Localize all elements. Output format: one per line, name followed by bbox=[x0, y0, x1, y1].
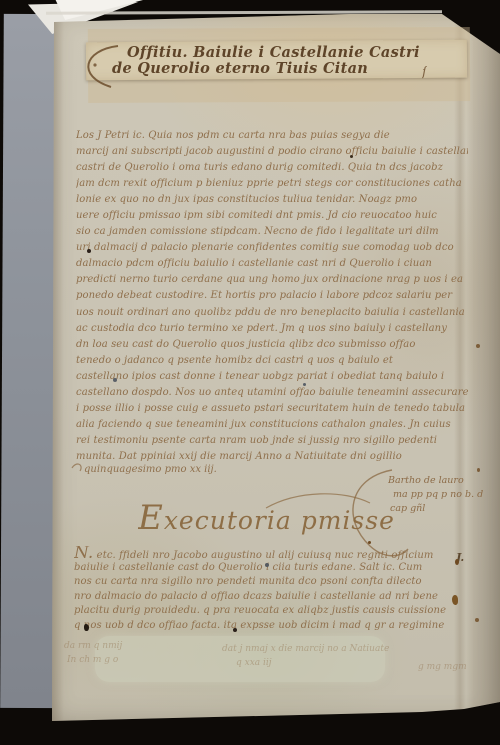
faded-marginal-note: da rm q nmij bbox=[64, 641, 184, 651]
manuscript-line: uere officiu pmissao ipm sibi comitedi d… bbox=[76, 208, 468, 224]
label-title-line-2: de Querolio eterno Tiuis Citan bbox=[112, 60, 432, 77]
manuscript-line: dalmacio pdcm officiu baiulio i castella… bbox=[76, 256, 468, 272]
manuscript-line: ac custodia dco turio termino xe pdert. … bbox=[76, 321, 468, 337]
ink-blot bbox=[84, 624, 89, 631]
manuscript-line: i posse illio i posse cuig e assueto pst… bbox=[76, 401, 468, 417]
manuscript-line: marcij ani subscripti jacob augustini d … bbox=[76, 144, 468, 160]
manuscript-line: q nos uob d dco offiao facta. ita expsse… bbox=[74, 619, 468, 634]
stain-spot bbox=[455, 559, 459, 565]
manuscript-line: baiulie i castellanie cast do Querolio i… bbox=[74, 561, 468, 576]
stain-spot bbox=[477, 468, 480, 472]
ink-stain bbox=[350, 155, 353, 158]
manuscript-line: nos cu carta nra sigillo nro pendeti mun… bbox=[74, 575, 468, 590]
manuscript-line: ponedo debeat custodire. Et hortis pro p… bbox=[76, 288, 468, 304]
manuscript-line: castellano ipios cast donne i tenear uob… bbox=[76, 369, 468, 385]
main-text-block: Los J Petri ic. Quia nos pdm cu carta nr… bbox=[76, 128, 468, 465]
ink-stain bbox=[303, 383, 306, 386]
manuscript-line: N. etc. ffideli nro Jacobo augustino ul … bbox=[74, 546, 468, 561]
manuscript-line: castri de Querolio i oma turis edano dur… bbox=[76, 160, 468, 176]
manuscript-line: castellano dospdo. Nos uo anteq utamini … bbox=[76, 385, 468, 401]
faded-dating-note: q xxa iij bbox=[236, 658, 336, 668]
manuscript-line: tenedo o jadanco q psente homibz dci cas… bbox=[76, 353, 468, 369]
ink-stain bbox=[87, 249, 91, 253]
stain-spot bbox=[368, 541, 371, 544]
faded-signature-note: g mg mgm bbox=[418, 662, 488, 672]
signature-line: cap gñl bbox=[390, 502, 488, 516]
ink-stain bbox=[113, 378, 117, 382]
manuscript-line: uos nouit ordinari ano quolibz pddu de n… bbox=[76, 305, 468, 321]
manuscript-line: jam dcm rexit officium p bieniuz pprie p… bbox=[76, 176, 468, 192]
stain-spot bbox=[476, 344, 480, 348]
faded-dating-note: dat j nmaj x die marcij no a Natiuate bbox=[222, 644, 432, 654]
manuscript-line: uri dalmacij d palacio plenarie confiden… bbox=[76, 240, 468, 256]
dating-clause-line: quinquagesimo pmo xx iij. bbox=[84, 464, 304, 475]
manuscript-line: dn loa seu cast do Querolio quos justici… bbox=[76, 337, 468, 353]
stain-spot bbox=[452, 595, 458, 605]
executoria-text-block: N. etc. ffideli nro Jacobo augustino ul … bbox=[74, 546, 468, 634]
manuscript-line: lonie ex quo no dn jux ipas constitucios… bbox=[76, 192, 468, 208]
manuscript-line: Los J Petri ic. Quia nos pdm cu carta nr… bbox=[76, 128, 468, 144]
manuscript-line: placitu durig prouidedu. q pra reuocata … bbox=[74, 604, 468, 619]
manuscript-line: sio ca jamden comissione stipdcam. Necno… bbox=[76, 224, 468, 240]
manuscript-line: rei testimoniu psente carta nram uob jnd… bbox=[76, 433, 468, 449]
faded-marginal-note: In ch m g o bbox=[67, 655, 187, 665]
manuscript-line: munita. Dat ppiniai xxij die marcij Anno… bbox=[76, 449, 468, 465]
stain-spot bbox=[475, 618, 479, 622]
manuscript-line: alia faciendo q sue teneamini jux consti… bbox=[76, 417, 468, 433]
signature-line: Bartho de lauro bbox=[388, 474, 488, 488]
folio-mark: ſ bbox=[422, 65, 427, 80]
manuscript-line: nro dalmacio do palacio d offiao dcazs b… bbox=[74, 590, 468, 605]
notary-signature: Bartho de lauro ma pp pq p no b. d cap g… bbox=[388, 474, 488, 516]
ink-stain bbox=[265, 563, 269, 567]
ink-stain bbox=[233, 628, 237, 632]
section-heading: Executoria pmisse bbox=[138, 498, 398, 538]
manuscript-photo: Offitiu. Baiulie i Castellanie Castri de… bbox=[0, 0, 500, 745]
label-title-line-1: Offitiu. Baiulie i Castellanie Castri bbox=[127, 44, 457, 61]
signature-line: ma pp pq p no b. d bbox=[393, 488, 488, 502]
manuscript-line: predicti nerno turio cerdane qua ung hom… bbox=[76, 272, 468, 288]
